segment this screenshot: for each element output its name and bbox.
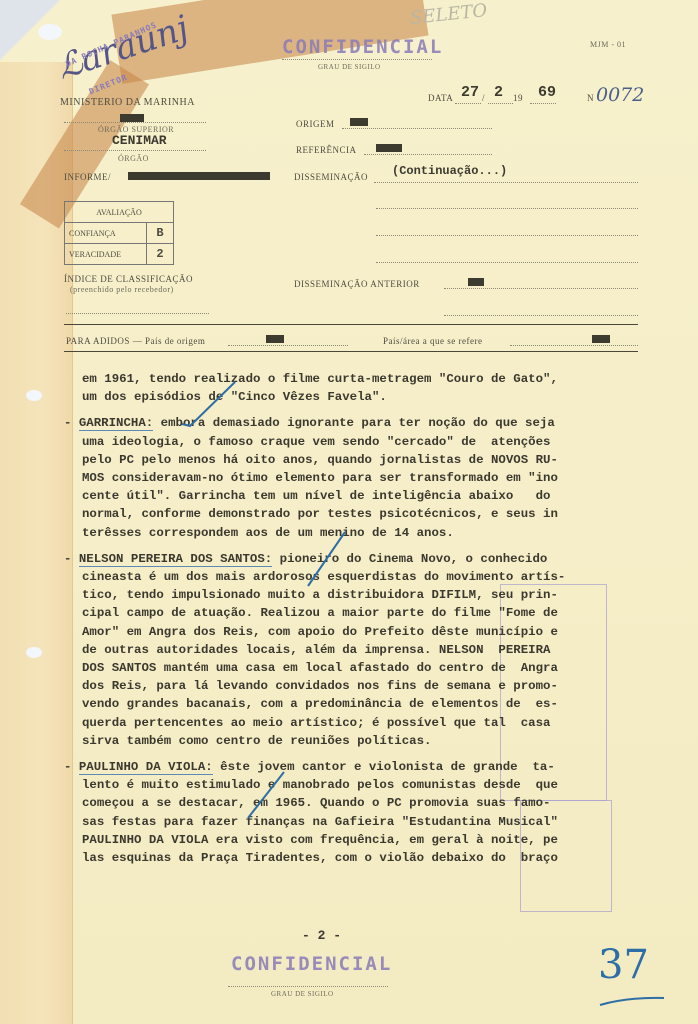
disseminacao-label: DISSEMINAÇÃO — [294, 172, 368, 182]
paragraph-intro: em 1961, tendo realizado o filme curta-m… — [82, 370, 652, 406]
handwritten-folio-number: 37 — [598, 942, 649, 988]
body-line: dos Reis, para lá levando convidados nos… — [82, 677, 652, 695]
dotted-line — [64, 122, 206, 123]
dotted-line — [376, 208, 638, 209]
dotted-line — [376, 262, 638, 263]
organ-label: ÓRGÃO — [118, 154, 149, 163]
body-line: cipal campo de atuação. Realizou a maior… — [82, 604, 652, 622]
date-day: 27 — [461, 84, 479, 101]
redacted-pais-area — [592, 335, 610, 343]
dotted-line — [376, 235, 638, 236]
organ-value: CENIMAR — [112, 133, 167, 148]
person-name-garrincha: GARRINCHA: — [79, 416, 153, 431]
body-line: um dos episódios de "Cinco Vêzes Favela"… — [82, 388, 652, 406]
classification-label-bottom: GRAU DE SIGILO — [271, 990, 334, 998]
paragraph-paulinho-da-viola: - PAULINHO DA VIOLA: êste jovem cantor e… — [64, 758, 652, 867]
classification-stamp-bottom: CONFIDENCIAL — [231, 953, 392, 975]
informe-label: INFORME/ — [64, 172, 111, 182]
dotted-line — [64, 150, 206, 151]
horizontal-rule — [64, 351, 638, 352]
evaluation-title: AVALIAÇÃO — [65, 202, 174, 223]
body-line: vendo grandes bacanais, com a predominân… — [82, 695, 652, 713]
dotted-line — [228, 345, 348, 346]
body-line: lento é muito estimulado e manobrado pel… — [82, 776, 652, 794]
person-name-nelson: NELSON PEREIRA DOS SANTOS: — [79, 552, 272, 567]
disseminacao-value: (Continuação...) — [392, 164, 507, 178]
veracidade-label: VERACIDADE — [65, 244, 147, 265]
document-number: 0072 — [596, 84, 644, 106]
classification-label-top: GRAU DE SIGILO — [318, 63, 381, 71]
body-line: começou a se destacar, em 1965. Quando o… — [82, 794, 652, 812]
veracidade-value: 2 — [147, 244, 174, 265]
form-code: MJM - 01 — [590, 40, 626, 49]
number-label: N — [587, 93, 594, 103]
dotted-line — [444, 315, 638, 316]
bullet-dash: - — [64, 416, 79, 430]
body-line: DOS SANTOS mantém uma casa em local afas… — [82, 659, 652, 677]
date-century: 19 — [513, 93, 523, 103]
ministry-label: MINISTERIO DA MARINHA — [60, 97, 195, 108]
redacted-disseminacao-anterior — [468, 278, 484, 286]
body-line: tico, tendo impulsionado muito a distrib… — [82, 586, 652, 604]
body-line: querda pertencentes ao meio artístico; é… — [82, 714, 652, 732]
date-month: 2 — [494, 84, 503, 101]
redacted-adidos — [266, 335, 284, 343]
check-mark-icon — [180, 380, 240, 430]
body-line: uma ideologia, o famoso craque vem sendo… — [82, 433, 652, 451]
person-name-paulinho: PAULINHO DA VIOLA: — [79, 760, 213, 775]
check-mark-icon — [240, 770, 290, 820]
body-line: cente útil". Garrincha tem um nível de i… — [82, 487, 652, 505]
redacted-origem — [350, 118, 368, 126]
dotted-line — [488, 103, 513, 104]
body-line: normal, conforme demonstrado por testes … — [82, 505, 652, 523]
origem-label: ORIGEM — [296, 119, 335, 129]
body-line: MOS consideravam-no ótimo elemento para … — [82, 469, 652, 487]
classification-stamp-top: CONFIDENCIAL — [282, 36, 443, 58]
bullet-dash: - — [64, 552, 79, 566]
body-line: em 1961, tendo realizado o filme curta-m… — [82, 370, 652, 388]
report-body: em 1961, tendo realizado o filme curta-m… — [82, 370, 652, 875]
redacted-referencia — [376, 144, 402, 152]
body-line: sirva também como centro de reuniões pol… — [82, 732, 652, 750]
dotted-line — [530, 103, 556, 104]
punch-hole — [26, 647, 42, 658]
body-line: terêsses correspondem aos de um menino d… — [82, 524, 652, 542]
paragraph-nelson-pereira-dos-santos: - NELSON PEREIRA DOS SANTOS: pioneiro do… — [64, 550, 652, 750]
punch-hole — [38, 24, 62, 40]
punch-hole — [26, 390, 42, 401]
dotted-line — [455, 103, 481, 104]
date-label: DATA — [428, 93, 453, 103]
body-line: sas festas para fazer finanças na Gafiei… — [82, 813, 652, 831]
dotted-line — [228, 986, 388, 987]
dotted-line — [364, 154, 492, 155]
evaluation-table: AVALIAÇÃO CONFIANÇA B VERACIDADE 2 — [64, 201, 174, 265]
dotted-line — [66, 313, 209, 314]
redacted-informe — [128, 172, 270, 180]
body-line: cineasta é um dos mais ardorosos esquerd… — [82, 568, 652, 586]
document-page: ℒaraunj DA ROCHA PARANHOS DIRETOR CONFID… — [0, 0, 698, 1024]
body-line: PAULINHO DA VIOLA era visto com frequênc… — [82, 831, 652, 849]
pais-area-label: País/área a que se refere — [383, 336, 482, 346]
body-line: Amor" em Angra dos Reis, com apoio do Pr… — [82, 623, 652, 641]
dotted-line — [282, 59, 432, 60]
horizontal-rule — [64, 324, 638, 325]
paragraph-garrincha: - GARRINCHA: embora demasiado ignorante … — [64, 414, 652, 541]
page-number: - 2 - — [302, 928, 341, 943]
confianca-label: CONFIANÇA — [65, 223, 147, 244]
dotted-line — [342, 128, 492, 129]
dotted-line — [374, 182, 638, 183]
referencia-label: REFERÊNCIA — [296, 145, 357, 155]
body-line: pelo PC pelo menos há oito anos, quando … — [82, 451, 652, 469]
classification-index-label: ÍNDICE DE CLASSIFICAÇÃO — [64, 274, 193, 284]
bullet-dash: - — [64, 760, 79, 774]
classification-index-note: (preenchido pelo recebedor) — [70, 285, 174, 294]
dotted-line — [444, 288, 638, 289]
check-mark-icon — [300, 530, 350, 590]
body-line: las esquinas da Praça Tiradentes, com o … — [82, 849, 652, 867]
confianca-value: B — [147, 223, 174, 244]
redacted-superior-organ — [120, 114, 144, 122]
dotted-line — [510, 345, 638, 346]
body-line: de outras autoridades locais, além da im… — [82, 641, 652, 659]
date-separator: / — [482, 93, 485, 103]
disseminacao-anterior-label: DISSEMINAÇÃO ANTERIOR — [294, 279, 420, 289]
adidos-label: PARA ADIDOS — País de origem — [66, 336, 205, 346]
date-year: 69 — [538, 84, 556, 101]
folio-underline — [598, 995, 668, 1007]
